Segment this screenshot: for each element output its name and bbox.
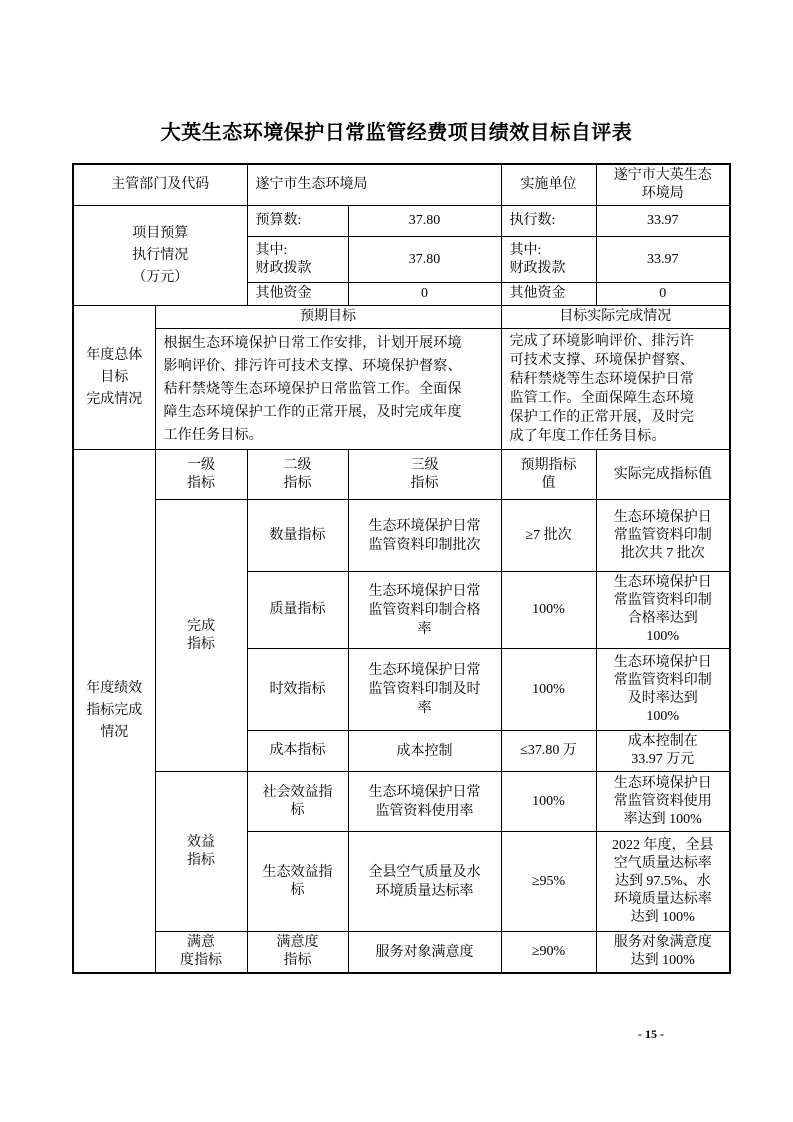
table-row: 效益 指标 社会效益指 标 生态环境保护日常 监管资料使用率 100% 生态环境… bbox=[73, 772, 730, 832]
expected-goal-text-cell: 根据生态环境保护日常工作安排，计划开展环境 影响评价、排污许可技术支撑、环境保护… bbox=[155, 329, 501, 450]
budget-label-cell: 其中: 财政拨款 bbox=[247, 237, 348, 283]
table-row: 年度绩效 指标完成 情况 一级 指标 二级 指标 三级 指标 预期指标 值 实际… bbox=[73, 450, 730, 500]
level1-header-cell: 一级 指标 bbox=[155, 450, 247, 500]
actual-goal-text-cell: 完成了环境影响评价、排污许 可技术支撑、环境保护督察、 秸秆禁烧等生态环境保护日… bbox=[501, 329, 730, 450]
expected-header-cell: 预期指标 值 bbox=[501, 450, 596, 500]
page-title: 大英生态环境保护日常监管经费项目绩效目标自评表 bbox=[0, 0, 793, 145]
annual-goal-section-label-cell: 年度总体 目标 完成情况 bbox=[73, 306, 155, 450]
indicator-actual-cell: 2022 年度，全县 空气质量达标率 达到 97.5%、水 环境质量达标率 达到… bbox=[596, 832, 730, 932]
budget-value-cell: 33.97 bbox=[596, 237, 730, 283]
indicator-expected-cell: ≥90% bbox=[501, 932, 596, 974]
dept-value-cell: 遂宁市生态环境局 bbox=[247, 164, 501, 206]
budget-value-cell: 37.80 bbox=[348, 237, 501, 283]
indicator-level2-cell: 质量指标 bbox=[247, 572, 348, 649]
indicator-actual-cell: 成本控制在 33.97 万元 bbox=[596, 731, 730, 772]
dept-label-cell: 主管部门及代码 bbox=[73, 164, 247, 206]
indicator-actual-cell: 生态环境保护日 常监管资料使用 率达到 100% bbox=[596, 772, 730, 832]
budget-label-cell: 其他资金 bbox=[501, 283, 596, 306]
completion-group-cell: 完成 指标 bbox=[155, 500, 247, 772]
table-row: 完成 指标 数量指标 生态环境保护日常 监管资料印制批次 ≥7 批次 生态环境保… bbox=[73, 500, 730, 572]
indicator-expected-cell: ≥7 批次 bbox=[501, 500, 596, 572]
table-row: 年度总体 目标 完成情况 预期目标 目标实际完成情况 bbox=[73, 306, 730, 329]
budget-label-cell: 其他资金 bbox=[247, 283, 348, 306]
budget-value-cell: 33.97 bbox=[596, 206, 730, 237]
indicator-actual-cell: 生态环境保护日 常监管资料印制 批次共 7 批次 bbox=[596, 500, 730, 572]
indicator-level3-cell: 成本控制 bbox=[348, 731, 501, 772]
document-page: 大英生态环境保护日常监管经费项目绩效目标自评表 主管部门及代码 遂宁市生态环境局… bbox=[0, 0, 793, 1122]
budget-value-cell: 0 bbox=[348, 283, 501, 306]
level2-header-cell: 二级 指标 bbox=[247, 450, 348, 500]
indicator-actual-cell: 生态环境保护日 常监管资料印制 合格率达到 100% bbox=[596, 572, 730, 649]
budget-label-cell: 其中: 财政拨款 bbox=[501, 237, 596, 283]
budget-label-cell: 预算数: bbox=[247, 206, 348, 237]
actual-header-cell: 实际完成指标值 bbox=[596, 450, 730, 500]
indicator-level2-cell: 社会效益指 标 bbox=[247, 772, 348, 832]
indicator-expected-cell: 100% bbox=[501, 772, 596, 832]
indicator-actual-cell: 服务对象满意度 达到 100% bbox=[596, 932, 730, 974]
indicator-level3-cell: 生态环境保护日常 监管资料印制合格 率 bbox=[348, 572, 501, 649]
satisfaction-group-cell: 满意 度指标 bbox=[155, 932, 247, 974]
indicator-expected-cell: ≥95% bbox=[501, 832, 596, 932]
level3-header-cell: 三级 指标 bbox=[348, 450, 501, 500]
expected-goal-header-cell: 预期目标 bbox=[155, 306, 501, 329]
table-row: 主管部门及代码 遂宁市生态环境局 实施单位 遂宁市大英生态 环境局 bbox=[73, 164, 730, 206]
indicator-level3-cell: 服务对象满意度 bbox=[348, 932, 501, 974]
indicators-section-label-cell: 年度绩效 指标完成 情况 bbox=[73, 450, 155, 974]
indicator-expected-cell: 100% bbox=[501, 649, 596, 731]
indicator-level2-cell: 满意度 指标 bbox=[247, 932, 348, 974]
impl-unit-label-cell: 实施单位 bbox=[501, 164, 596, 206]
indicator-level2-cell: 数量指标 bbox=[247, 500, 348, 572]
benefit-group-cell: 效益 指标 bbox=[155, 772, 247, 932]
budget-value-cell: 0 bbox=[596, 283, 730, 306]
impl-unit-value-cell: 遂宁市大英生态 环境局 bbox=[596, 164, 730, 206]
indicator-expected-cell: 100% bbox=[501, 572, 596, 649]
budget-value-cell: 37.80 bbox=[348, 206, 501, 237]
indicator-level3-cell: 全县空气质量及水 环境质量达标率 bbox=[348, 832, 501, 932]
indicator-actual-cell: 生态环境保护日 常监管资料印制 及时率达到 100% bbox=[596, 649, 730, 731]
page-number: - 15 - bbox=[638, 1027, 664, 1042]
actual-goal-header-cell: 目标实际完成情况 bbox=[501, 306, 730, 329]
indicator-level3-cell: 生态环境保护日常 监管资料使用率 bbox=[348, 772, 501, 832]
indicator-level3-cell: 生态环境保护日常 监管资料印制批次 bbox=[348, 500, 501, 572]
indicator-level3-cell: 生态环境保护日常 监管资料印制及时 率 bbox=[348, 649, 501, 731]
budget-section-label-cell: 项目预算 执行情况 （万元） bbox=[73, 206, 247, 306]
indicator-level2-cell: 生态效益指 标 bbox=[247, 832, 348, 932]
self-evaluation-table: 主管部门及代码 遂宁市生态环境局 实施单位 遂宁市大英生态 环境局 项目预算 执… bbox=[72, 163, 731, 974]
budget-label-cell: 执行数: bbox=[501, 206, 596, 237]
indicator-level2-cell: 时效指标 bbox=[247, 649, 348, 731]
table-row: 满意 度指标 满意度 指标 服务对象满意度 ≥90% 服务对象满意度 达到 10… bbox=[73, 932, 730, 974]
table-row: 项目预算 执行情况 （万元） 预算数: 37.80 执行数: 33.97 bbox=[73, 206, 730, 237]
indicator-level2-cell: 成本指标 bbox=[247, 731, 348, 772]
indicator-expected-cell: ≤37.80 万 bbox=[501, 731, 596, 772]
table-row: 根据生态环境保护日常工作安排，计划开展环境 影响评价、排污许可技术支撑、环境保护… bbox=[73, 329, 730, 450]
